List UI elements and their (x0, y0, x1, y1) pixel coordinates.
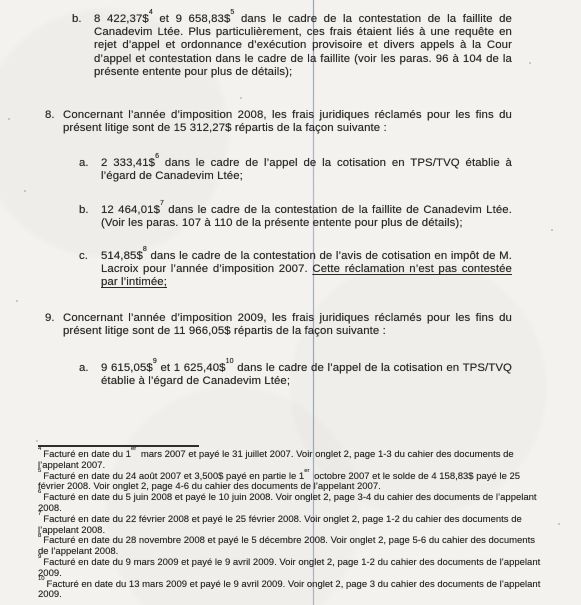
footnote-marker: 7 (38, 511, 41, 517)
item-label: b. (79, 204, 101, 217)
footnote-text: Facturé en date du 13 mars 2009 et payé … (38, 579, 540, 601)
paragraph-8: 8. Concernant l’année d’imposition 2008,… (45, 109, 512, 135)
sub-item-9a: a. 9 615,05$9 et 1 625,40$10 dans le cad… (79, 362, 512, 388)
scan-speck (24, 190, 26, 192)
sub-item-8a: a. 2 333,41$6 dans le cadre de l’appel d… (79, 157, 512, 183)
item-label: a. (79, 362, 101, 375)
sub-item-8c: c. 514,85$8 dans le cadre de la contesta… (79, 250, 512, 290)
footnote-10: 10Facturé en date du 13 mars 2009 et pay… (38, 580, 545, 602)
scan-speck (455, 560, 457, 562)
footnote-marker: 9 (38, 554, 41, 560)
footnote-text: Facturé en date du 9 mars 2009 et payé l… (38, 557, 540, 579)
footnote-4: 4Facturé en date du 1er mars 2007 et pay… (38, 450, 545, 472)
footnote-7: 7Facturé en date du 22 février 2008 et p… (38, 515, 545, 537)
paragraph-text: 12 464,01$7 dans le cadre de la contesta… (101, 204, 512, 230)
paragraph-9: 9. Concernant l’année d’imposition 2009,… (45, 312, 512, 338)
footnote-marker: 5 (38, 468, 41, 474)
item-label: c. (79, 250, 101, 263)
item-label: b. (72, 13, 94, 26)
paragraph-text: 8 422,37$4 et 9 658,83$5 dans le cadre d… (94, 13, 512, 79)
footnote-8: 8Facturé en date du 28 novembre 2008 et … (38, 536, 545, 558)
scan-speck (470, 205, 472, 207)
footnote-text: Facturé en date du 24 août 2007 et 3,500… (38, 471, 520, 493)
item-label: 9. (45, 312, 63, 325)
scan-speck (16, 300, 18, 302)
paragraph-text: Concernant l’année d’imposition 2008, le… (63, 109, 512, 135)
paragraph-text: Concernant l’année d’imposition 2009, le… (63, 312, 512, 338)
paragraph-text: 9 615,05$9 et 1 625,40$10 dans le cadre … (101, 362, 512, 388)
paragraph-prev-item-b: b. 8 422,37$4 et 9 658,83$5 dans le cadr… (72, 13, 512, 79)
footnote-6: 6Facturé en date du 5 juin 2008 et payé … (38, 493, 545, 515)
footnote-text: Facturé en date du 22 février 2008 et pa… (38, 514, 522, 536)
paragraph-text: 514,85$8 dans le cadre de la contestatio… (101, 250, 512, 290)
scan-speck (551, 229, 553, 231)
footnote-text: Facturé en date du 5 juin 2008 et payé l… (38, 492, 537, 514)
item-label: 8. (45, 109, 63, 122)
item-label: a. (79, 157, 101, 170)
scan-speck (36, 440, 38, 442)
scanned-document-page: b. 8 422,37$4 et 9 658,83$5 dans le cadr… (0, 0, 581, 605)
scan-speck (240, 97, 242, 99)
scan-speck (8, 118, 10, 120)
footnote-marker: 10 (38, 576, 45, 582)
footnote-text: Facturé en date du 1er mars 2007 et payé… (38, 449, 514, 471)
footnote-marker: 8 (38, 533, 41, 539)
scan-speck (558, 523, 560, 525)
footnote-marker: 4 (38, 446, 41, 452)
sub-item-8b: b. 12 464,01$7 dans le cadre de la conte… (79, 204, 512, 230)
footnote-text: Facturé en date du 28 novembre 2008 et p… (38, 535, 535, 557)
paragraph-text: 2 333,41$6 dans le cadre de l’appel de l… (101, 157, 512, 183)
footnote-9: 9Facturé en date du 9 mars 2009 et payé … (38, 558, 545, 580)
footnote-5: 5Facturé en date du 24 août 2007 et 3,50… (38, 472, 545, 494)
footnotes-section: 4Facturé en date du 1er mars 2007 et pay… (38, 450, 545, 601)
footnote-separator (38, 445, 199, 447)
footnote-marker: 6 (38, 489, 41, 495)
scan-speck (529, 62, 531, 64)
